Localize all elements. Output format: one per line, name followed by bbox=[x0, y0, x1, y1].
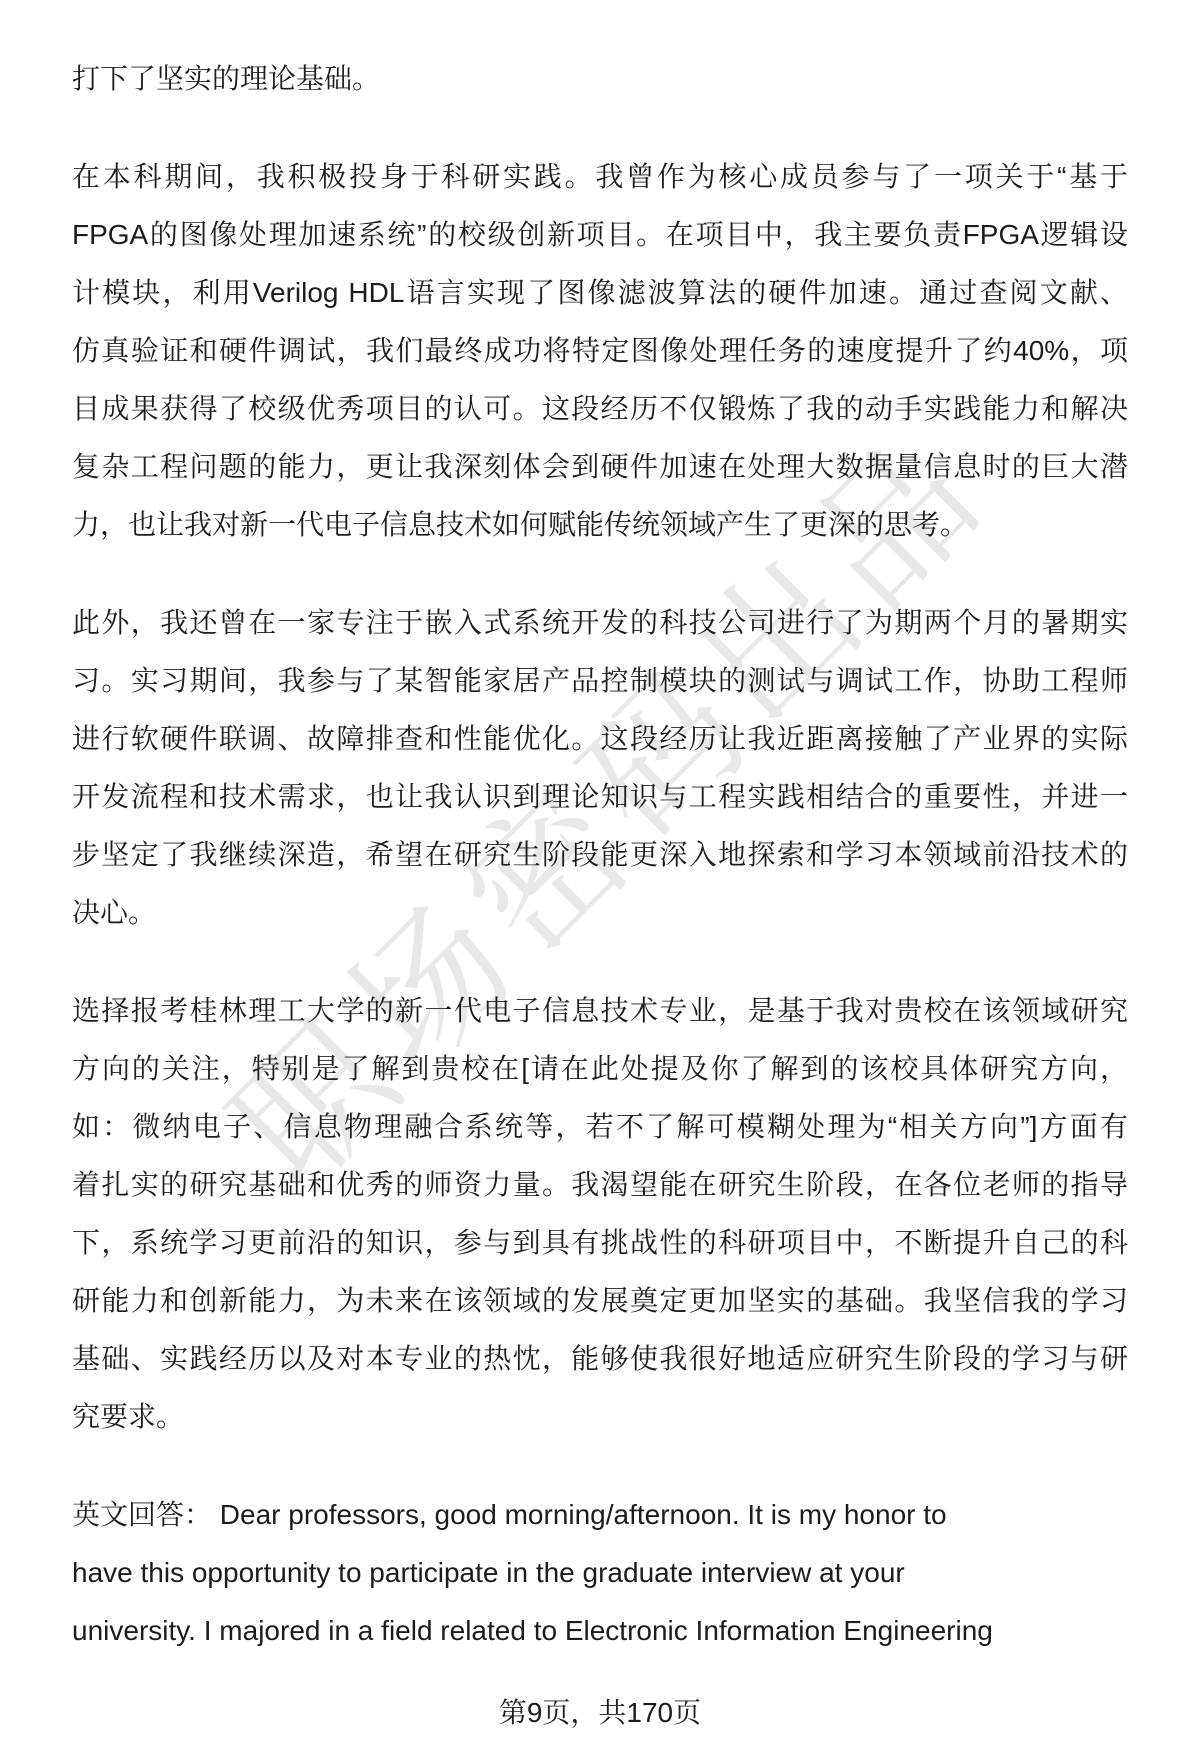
text-line: 此外，我还曾在一家专注于嵌入式系统开发的科技公司进行了为期两个月的暑期实 bbox=[72, 594, 1128, 652]
text-line: 基础、实践经历以及对本专业的热忱，能够使我很好地适应研究生阶段的学习与研 bbox=[72, 1330, 1128, 1388]
paragraph: 此外，我还曾在一家专注于嵌入式系统开发的科技公司进行了为期两个月的暑期实 习。实… bbox=[72, 594, 1128, 942]
text-line: 英文回答： Dear professors, good morning/afte… bbox=[72, 1486, 1128, 1544]
text-line: 复杂工程问题的能力，更让我深刻体会到硬件加速在处理大数据量信息时的巨大潜 bbox=[72, 438, 1128, 496]
text-line: 力，也让我对新一代电子信息技术如何赋能传统领域产生了更深的思考。 bbox=[72, 496, 1128, 554]
text-line: 进行软硬件联调、故障排查和性能优化。这段经历让我近距离接触了产业界的实际 bbox=[72, 710, 1128, 768]
paragraph: 英文回答： Dear professors, good morning/afte… bbox=[72, 1486, 1128, 1660]
text-line: 如：微纳电子、信息物理融合系统等，若不了解可模糊处理为“相关方向”]方面有 bbox=[72, 1098, 1128, 1156]
text-line: 步坚定了我继续深造，希望在研究生阶段能更深入地探索和学习本领域前沿技术的 bbox=[72, 826, 1128, 884]
text-line: 计模块，利用Verilog HDL语言实现了图像滤波算法的硬件加速。通过查阅文献… bbox=[72, 264, 1128, 322]
text-line: 究要求。 bbox=[72, 1388, 1128, 1446]
text-line: 目成果获得了校级优秀项目的认可。这段经历不仅锻炼了我的动手实践能力和解决 bbox=[72, 380, 1128, 438]
text-line: 着扎实的研究基础和优秀的师资力量。我渴望能在研究生阶段，在各位老师的指导 bbox=[72, 1156, 1128, 1214]
text-line: have this opportunity to participate in … bbox=[72, 1544, 1128, 1602]
text-line: 在本科期间，我积极投身于科研实践。我曾作为核心成员参与了一项关于“基于 bbox=[72, 148, 1128, 206]
paragraph: 在本科期间，我积极投身于科研实践。我曾作为核心成员参与了一项关于“基于 FPGA… bbox=[72, 148, 1128, 554]
text-line: 开发流程和技术需求，也让我认识到理论知识与工程实践相结合的重要性，并进一 bbox=[72, 768, 1128, 826]
text-line: 习。实习期间，我参与了某智能家居产品控制模块的测试与调试工作，协助工程师 bbox=[72, 652, 1128, 710]
text-line: 选择报考桂林理工大学的新一代电子信息技术专业，是基于我对贵校在该领域研究 bbox=[72, 982, 1128, 1040]
text-line: 下，系统学习更前沿的知识，参与到具有挑战性的科研项目中，不断提升自己的科 bbox=[72, 1214, 1128, 1272]
page-number: 第9页，共170页 bbox=[0, 1691, 1200, 1731]
document-page: 职场密码出品 打下了坚实的理论基础。 在本科期间，我积极投身于科研实践。我曾作为… bbox=[0, 0, 1200, 1755]
text-line: university. I majored in a field related… bbox=[72, 1602, 1128, 1660]
text-line: 研能力和创新能力，为未来在该领域的发展奠定更加坚实的基础。我坚信我的学习 bbox=[72, 1272, 1128, 1330]
text-line: FPGA的图像处理加速系统”的校级创新项目。在项目中，我主要负责FPGA逻辑设 bbox=[72, 206, 1128, 264]
text-line: 决心。 bbox=[72, 884, 1128, 942]
text-line: 方向的关注，特别是了解到贵校在[请在此处提及你了解到的该校具体研究方向， bbox=[72, 1040, 1128, 1098]
paragraph: 打下了坚实的理论基础。 bbox=[72, 50, 1128, 108]
text-line: 仿真验证和硬件调试，我们最终成功将特定图像处理任务的速度提升了约40%，项 bbox=[72, 322, 1128, 380]
paragraph: 选择报考桂林理工大学的新一代电子信息技术专业，是基于我对贵校在该领域研究 方向的… bbox=[72, 982, 1128, 1446]
document-body: 打下了坚实的理论基础。 在本科期间，我积极投身于科研实践。我曾作为核心成员参与了… bbox=[72, 50, 1128, 1700]
text-line: 打下了坚实的理论基础。 bbox=[72, 50, 1128, 108]
